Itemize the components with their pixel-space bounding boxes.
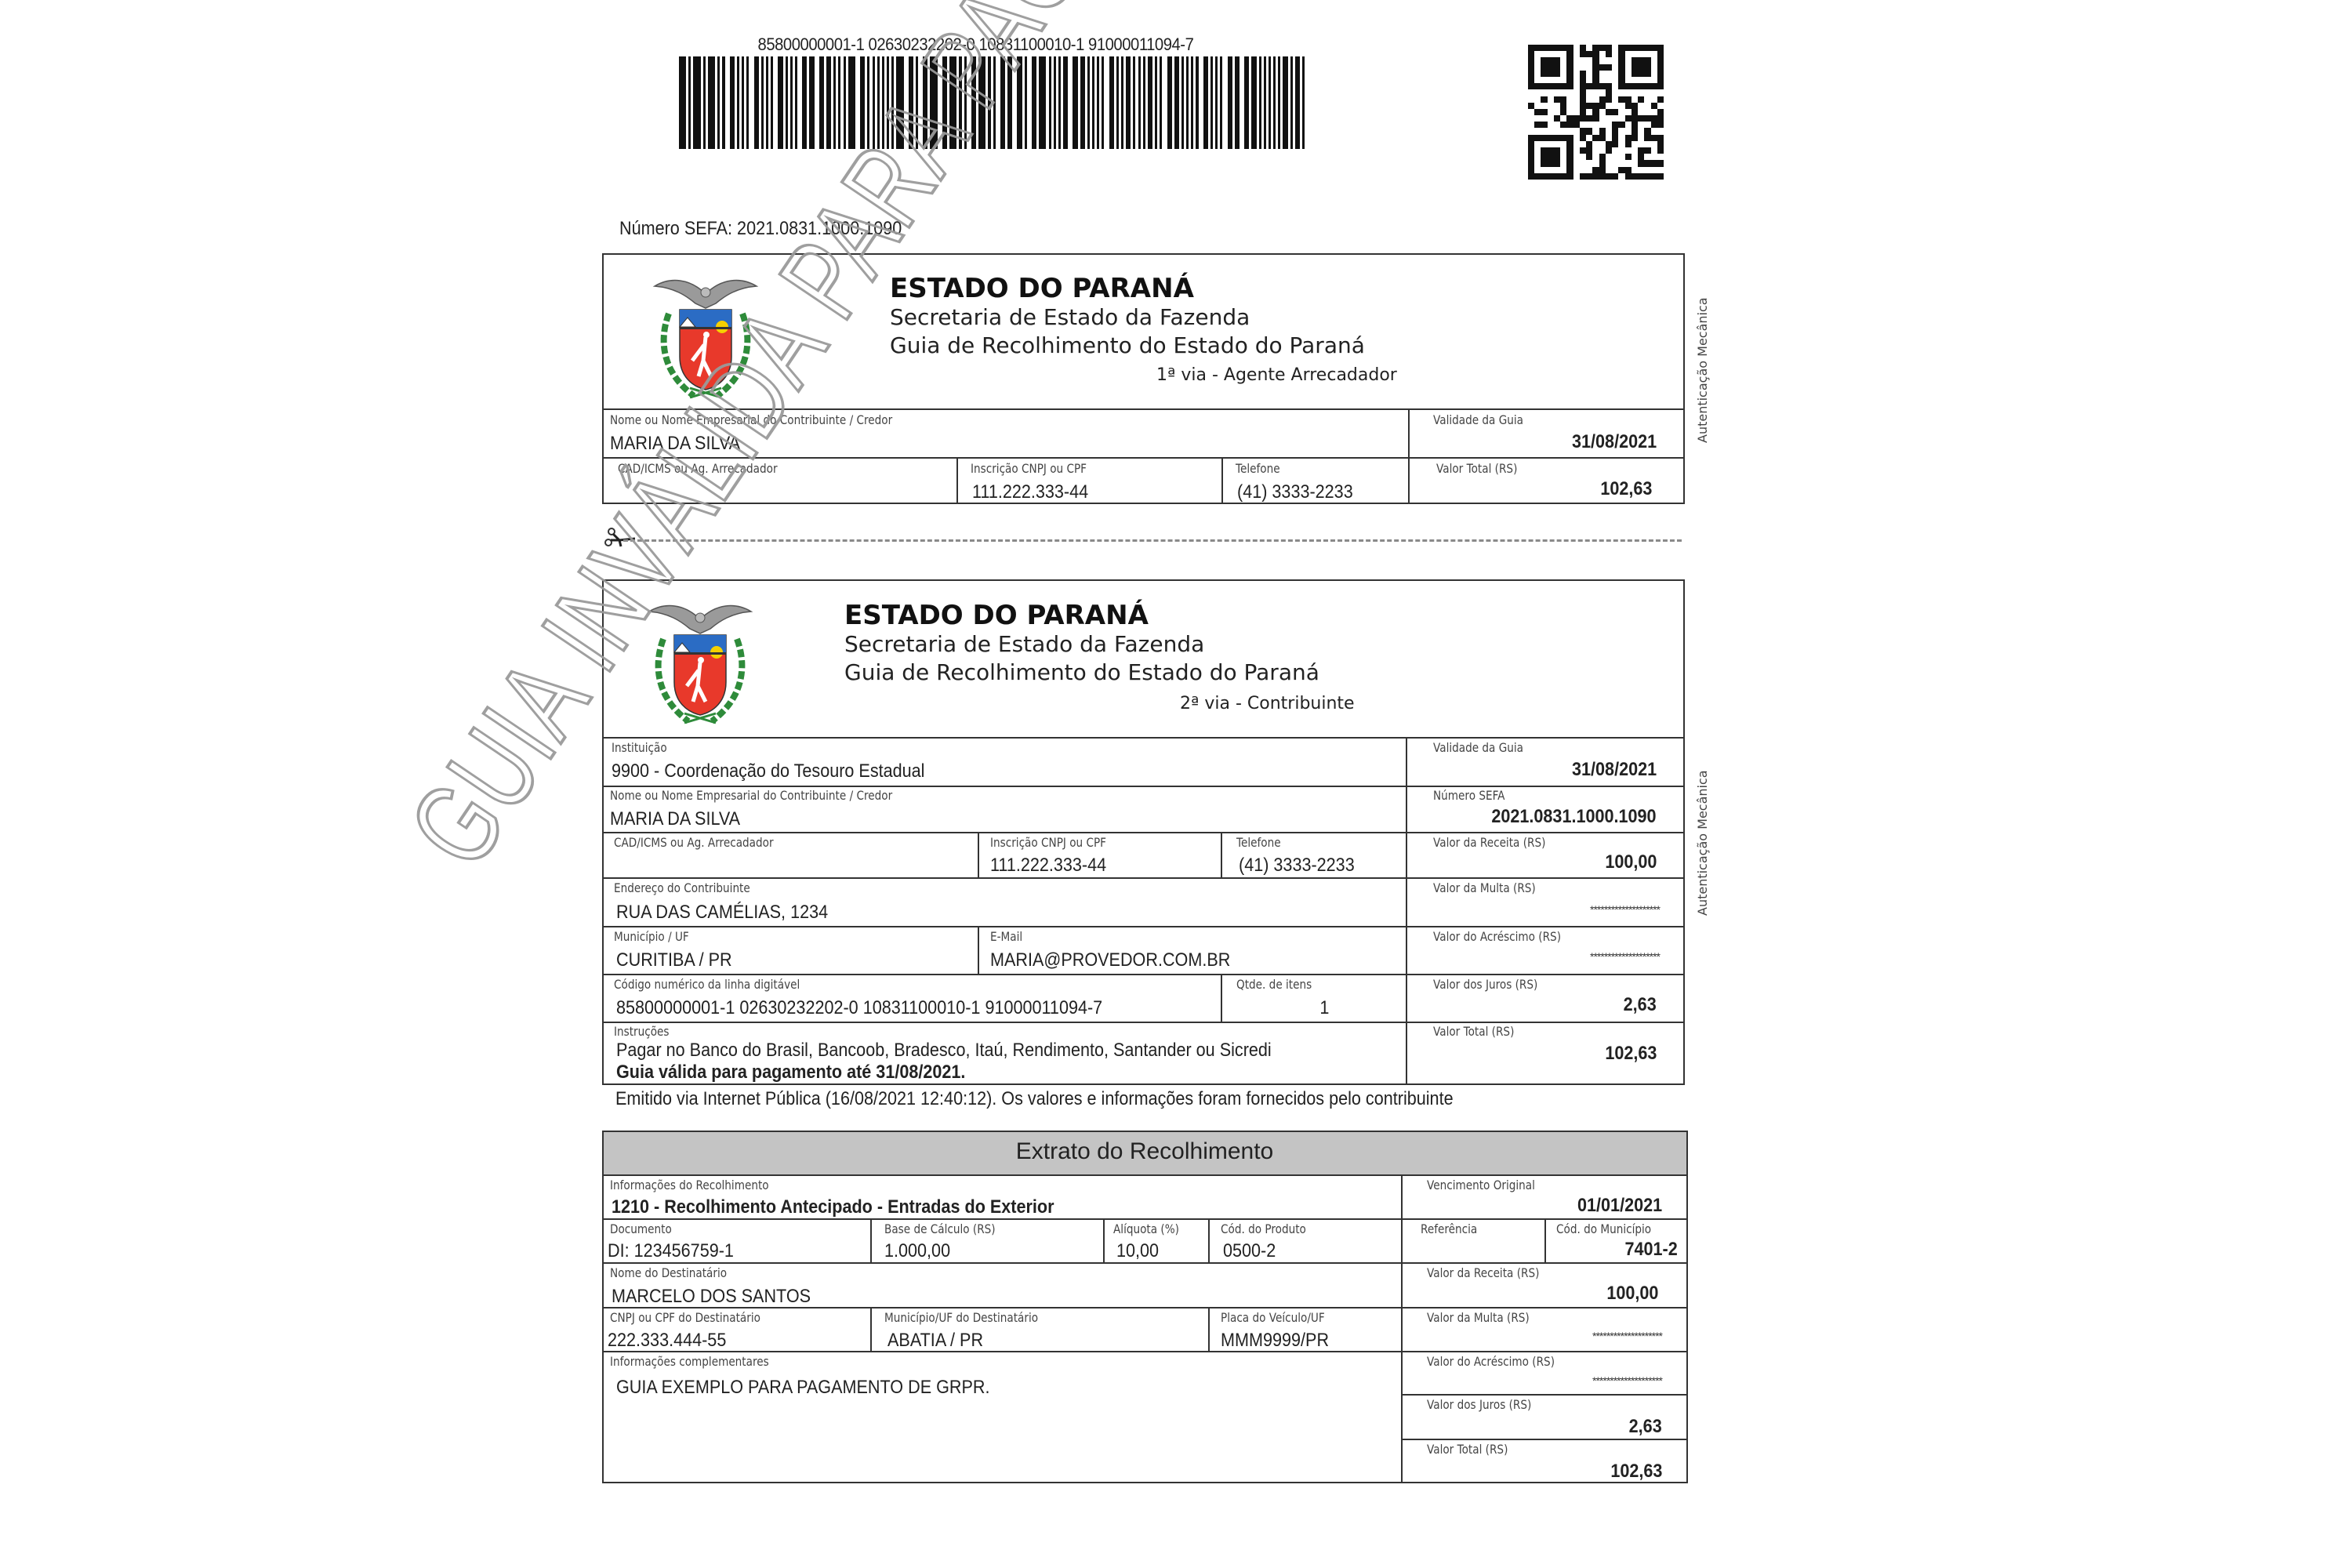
extrato-cnpj-dest-value: 222.333.444-55 xyxy=(608,1330,726,1352)
extrato-base-label: Base de Cálculo (RS) xyxy=(884,1221,996,1236)
extrato-receita-value: 100,00 xyxy=(1606,1283,1658,1305)
via2-cnpj-value: 111.222.333-44 xyxy=(990,855,1106,877)
extrato-complementares-value: GUIA EXEMPLO PARA PAGAMENTO DE GRPR. xyxy=(616,1377,990,1399)
extrato-multa-value: ******************** xyxy=(1592,1330,1662,1342)
via2-juros-label: Valor dos Juros (RS) xyxy=(1433,977,1537,992)
extrato-produto-value: 0500-2 xyxy=(1223,1240,1276,1262)
via1-cnpj-label: Inscrição CNPJ ou CPF xyxy=(971,461,1087,476)
via1-total-label: Valor Total (RS) xyxy=(1436,461,1517,476)
via1-nome-label: Nome ou Nome Empresarial do Contribuinte… xyxy=(610,412,892,427)
via2-cnpj-label: Inscrição CNPJ ou CPF xyxy=(990,835,1106,850)
extrato-total-label: Valor Total (RS) xyxy=(1427,1442,1508,1457)
via2-endereco-value: RUA DAS CAMÉLIAS, 1234 xyxy=(616,902,828,924)
via2-total-value: 102,63 xyxy=(1605,1043,1657,1065)
via1-validade-label: Validade da Guia xyxy=(1433,412,1523,427)
barcode-digitable-line: 85800000001-1 02630232202-0 10831100010-… xyxy=(741,34,1210,55)
via2-instrucoes-line2: Guia válida para pagamento até 31/08/202… xyxy=(616,1062,965,1083)
extrato-cod-municipio-label: Cód. do Município xyxy=(1556,1221,1651,1236)
extrato-documento-label: Documento xyxy=(610,1221,672,1236)
via2-cad-label: CAD/ICMS ou Ag. Arrecadador xyxy=(614,835,774,850)
via2-endereco-label: Endereço do Contribuinte xyxy=(614,880,750,895)
via2-codigo-value: 85800000001-1 02630232202-0 10831100010-… xyxy=(616,997,1102,1019)
via1-subtitle-secretaria: Secretaria de Estado da Fazenda xyxy=(890,304,1250,330)
via1-cnpj-value: 111.222.333-44 xyxy=(972,481,1088,503)
via2-acrescimo-value: ******************** xyxy=(1590,950,1660,963)
via2-qtde-value: 1 xyxy=(1319,997,1329,1019)
via2-email-value: MARIA@PROVEDOR.COM.BR xyxy=(990,949,1230,971)
extrato-destinatario-label: Nome do Destinatário xyxy=(610,1265,727,1280)
via2-multa-value: ******************** xyxy=(1590,903,1660,916)
parana-coat-of-arms-icon xyxy=(641,596,759,729)
extrato-destinatario-value: MARCELO DOS SANTOS xyxy=(612,1286,811,1308)
via2-acrescimo-label: Valor do Acréscimo (RS) xyxy=(1433,929,1561,944)
via1-validade-value: 31/08/2021 xyxy=(1572,431,1657,453)
via2-receita-value: 100,00 xyxy=(1605,851,1657,873)
via2-numero-sefa-value: 2021.0831.1000.1090 xyxy=(1492,806,1657,828)
extrato-juros-label: Valor dos Juros (RS) xyxy=(1427,1397,1531,1412)
via2-codigo-label: Código numérico da linha digitável xyxy=(614,977,800,992)
via1-nome-value: MARIA DA SILVA xyxy=(610,433,740,455)
extrato-info-label: Informações do Recolhimento xyxy=(610,1178,769,1192)
via2-municipio-label: Município / UF xyxy=(614,929,689,944)
via2-subtitle-guia: Guia de Recolhimento do Estado do Paraná xyxy=(844,659,1319,685)
via1-total-value: 102,63 xyxy=(1600,478,1652,500)
via2-subtitle-secretaria: Secretaria de Estado da Fazenda xyxy=(844,631,1204,657)
via2-total-label: Valor Total (RS) xyxy=(1433,1024,1514,1039)
numero-sefa-value: 2021.0831.1000.1090 xyxy=(737,218,902,239)
via2-title: ESTADO DO PARANÁ xyxy=(844,600,1149,631)
via2-telefone-label: Telefone xyxy=(1236,835,1281,850)
extrato-placa-label: Placa do Veículo/UF xyxy=(1221,1310,1325,1325)
extrato-aliquota-label: Alíquota (%) xyxy=(1113,1221,1179,1236)
extrato-acrescimo-value: ******************** xyxy=(1592,1374,1662,1387)
via2-validade-value: 31/08/2021 xyxy=(1572,759,1657,781)
barcode-icon xyxy=(679,56,1308,149)
via2-autenticacao-mecanica: Autenticação Mecânica xyxy=(1695,770,1710,916)
numero-sefa-label: Número SEFA: xyxy=(619,218,732,239)
extrato-juros-value: 2,63 xyxy=(1629,1416,1662,1438)
parana-coat-of-arms-icon xyxy=(647,270,764,404)
via2-receita-label: Valor da Receita (RS) xyxy=(1433,835,1545,850)
extrato-acrescimo-label: Valor do Acréscimo (RS) xyxy=(1427,1354,1555,1369)
via2-numero-sefa-label: Número SEFA xyxy=(1433,788,1504,803)
via2-multa-label: Valor da Multa (RS) xyxy=(1433,880,1536,895)
via1-copy-label: 1ª via - Agente Arrecadador xyxy=(1156,365,1397,385)
extrato-municipio-dest-label: Município/UF do Destinatário xyxy=(884,1310,1038,1325)
extrato-info-value: 1210 - Recolhimento Antecipado - Entrada… xyxy=(612,1196,1054,1218)
extrato-municipio-dest-value: ABATIA / PR xyxy=(887,1330,983,1352)
via2-validade-label: Validade da Guia xyxy=(1433,740,1523,755)
via2-nome-label: Nome ou Nome Empresarial do Contribuinte… xyxy=(610,788,892,803)
extrato-referencia-label: Referência xyxy=(1421,1221,1477,1236)
via1-subtitle-guia: Guia de Recolhimento do Estado do Paraná xyxy=(890,332,1365,358)
via2-nome-value: MARIA DA SILVA xyxy=(610,808,740,830)
qr-code-icon xyxy=(1528,45,1664,180)
emitido-note: Emitido via Internet Pública (16/08/2021… xyxy=(615,1088,1454,1110)
via2-email-label: E-Mail xyxy=(990,929,1022,944)
via1-autenticacao-mecanica: Autenticação Mecânica xyxy=(1695,297,1710,443)
extrato-documento-value: DI: 123456759-1 xyxy=(608,1240,734,1262)
via2-instituicao-label: Instituição xyxy=(612,740,667,755)
via1-telefone-value: (41) 3333-2233 xyxy=(1237,481,1353,503)
extrato-vencimento-value: 01/01/2021 xyxy=(1577,1195,1662,1217)
via2-municipio-value: CURITIBA / PR xyxy=(616,949,732,971)
via2-juros-value: 2,63 xyxy=(1624,994,1657,1016)
extrato-total-value: 102,63 xyxy=(1610,1461,1662,1483)
extrato-base-value: 1.000,00 xyxy=(884,1240,950,1262)
via1-cad-label: CAD/ICMS ou Ag. Arrecadador xyxy=(618,461,778,476)
extrato-produto-label: Cód. do Produto xyxy=(1221,1221,1306,1236)
via2-copy-label: 2ª via - Contribuinte xyxy=(1180,694,1355,713)
numero-sefa-top: Número SEFA: 2021.0831.1000.1090 xyxy=(619,218,902,240)
via2-qtde-label: Qtde. de itens xyxy=(1236,977,1312,992)
via1-title: ESTADO DO PARANÁ xyxy=(890,273,1194,304)
extrato-multa-label: Valor da Multa (RS) xyxy=(1427,1310,1530,1325)
extrato-cnpj-dest-label: CNPJ ou CPF do Destinatário xyxy=(610,1310,760,1325)
cut-line xyxy=(623,539,1682,542)
via2-instituicao-value: 9900 - Coordenação do Tesouro Estadual xyxy=(612,760,924,782)
extrato-aliquota-value: 10,00 xyxy=(1116,1240,1159,1262)
via2-instrucoes-label: Instruções xyxy=(614,1024,670,1039)
extrato-receita-label: Valor da Receita (RS) xyxy=(1427,1265,1539,1280)
via2-instrucoes-line1: Pagar no Banco do Brasil, Bancoob, Brade… xyxy=(616,1040,1272,1062)
via2-telefone-value: (41) 3333-2233 xyxy=(1239,855,1355,877)
extrato-complementares-label: Informações complementares xyxy=(610,1354,769,1369)
extrato-cod-municipio-value: 7401-2 xyxy=(1625,1239,1678,1261)
scissors-icon xyxy=(604,525,635,549)
extrato-vencimento-label: Vencimento Original xyxy=(1427,1178,1535,1192)
via1-telefone-label: Telefone xyxy=(1236,461,1280,476)
extrato-placa-value: MMM9999/PR xyxy=(1221,1330,1329,1352)
